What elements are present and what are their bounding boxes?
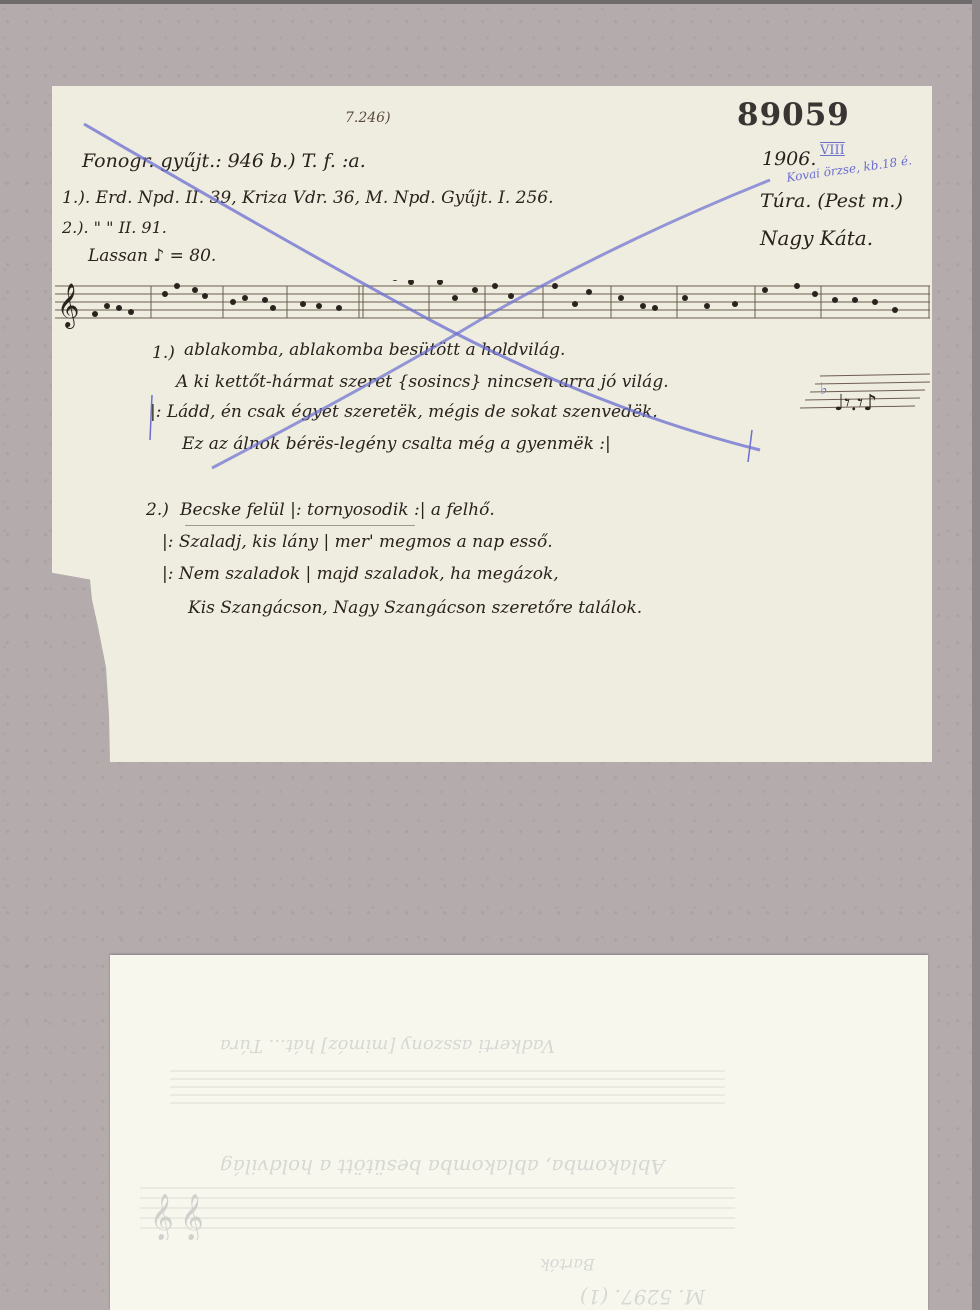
collection-line: Fonogr. gyűjt.: 946 b.) T. f. :a. [82, 150, 366, 172]
page-reference: 7.246) [345, 110, 391, 126]
verse-2-line-2: |: Szaladj, kis lány | mer' megmos a nap… [162, 532, 553, 552]
underline-rule [185, 525, 415, 526]
catalog-number-stamp: 89059 [737, 97, 850, 133]
ghost-text-2: Ablakomba, ablakomba besütött a holdvilá… [220, 1155, 665, 1179]
verse-1-line-1: ablakomba, ablakomba besütött a holdvilá… [184, 340, 565, 360]
lower-card: Vadkerti asszony [mimóz] hát... Túra Abl… [110, 955, 928, 1310]
date-month: VIII [820, 143, 845, 158]
verse-2-number: 2.) [146, 500, 169, 520]
ghost-text-1: Vadkerti asszony [mimóz] hát... Túra [220, 1035, 555, 1056]
ghost-text-4: M. 5297. (1) [580, 1285, 705, 1309]
svg-text:𝄞: 𝄞 [180, 1194, 204, 1240]
reference-line-1: 1.). Erd. Npd. II. 39, Kriza Vdr. 36, M.… [62, 188, 554, 208]
verse-1-line-2: A ki kettőt-hármat szeret {sosincs} ninc… [176, 372, 669, 392]
place: Túra. (Pest m.) [760, 190, 903, 212]
reference-line-2: 2.). " " II. 91. [62, 218, 167, 237]
tempo-marking: Lassan ♪ = 80. [88, 246, 216, 266]
inline-music-fragment: ♭ ♩𝄾.𝄾♪ [800, 370, 935, 420]
verse-1-number: 1.) [152, 343, 175, 363]
svg-text:♭: ♭ [820, 379, 828, 398]
verse-2-line-3: |: Nem szaladok | majd szaladok, ha megá… [162, 564, 559, 584]
ghost-staff-1 [170, 1065, 730, 1115]
verse-1-line-3: |: Ládd, én csak égyet szeretëk, mégis d… [150, 402, 658, 422]
collector: Nagy Káta. [760, 226, 873, 250]
svg-text:𝄞: 𝄞 [150, 1194, 174, 1240]
ghost-text-3: Bartók [540, 1255, 595, 1274]
ghost-staff-2: 𝄞 𝄞 [140, 1180, 740, 1240]
verse-2-line-1: Becske felül |: tornyosodik :| a felhő. [180, 500, 495, 520]
board-right-edge [972, 0, 980, 1310]
svg-text:♩𝄾.𝄾♪: ♩𝄾.𝄾♪ [834, 391, 877, 416]
verse-2-line-4: Kis Szangácson, Nagy Szangácson szeretőr… [188, 598, 642, 618]
svg-text:𝄞: 𝄞 [57, 283, 79, 329]
scan-top-edge [0, 0, 980, 4]
music-staff: 𝄞 [55, 280, 935, 330]
verse-1-line-4: Ez az álnok bérës-legény csalta még a gy… [182, 434, 611, 454]
